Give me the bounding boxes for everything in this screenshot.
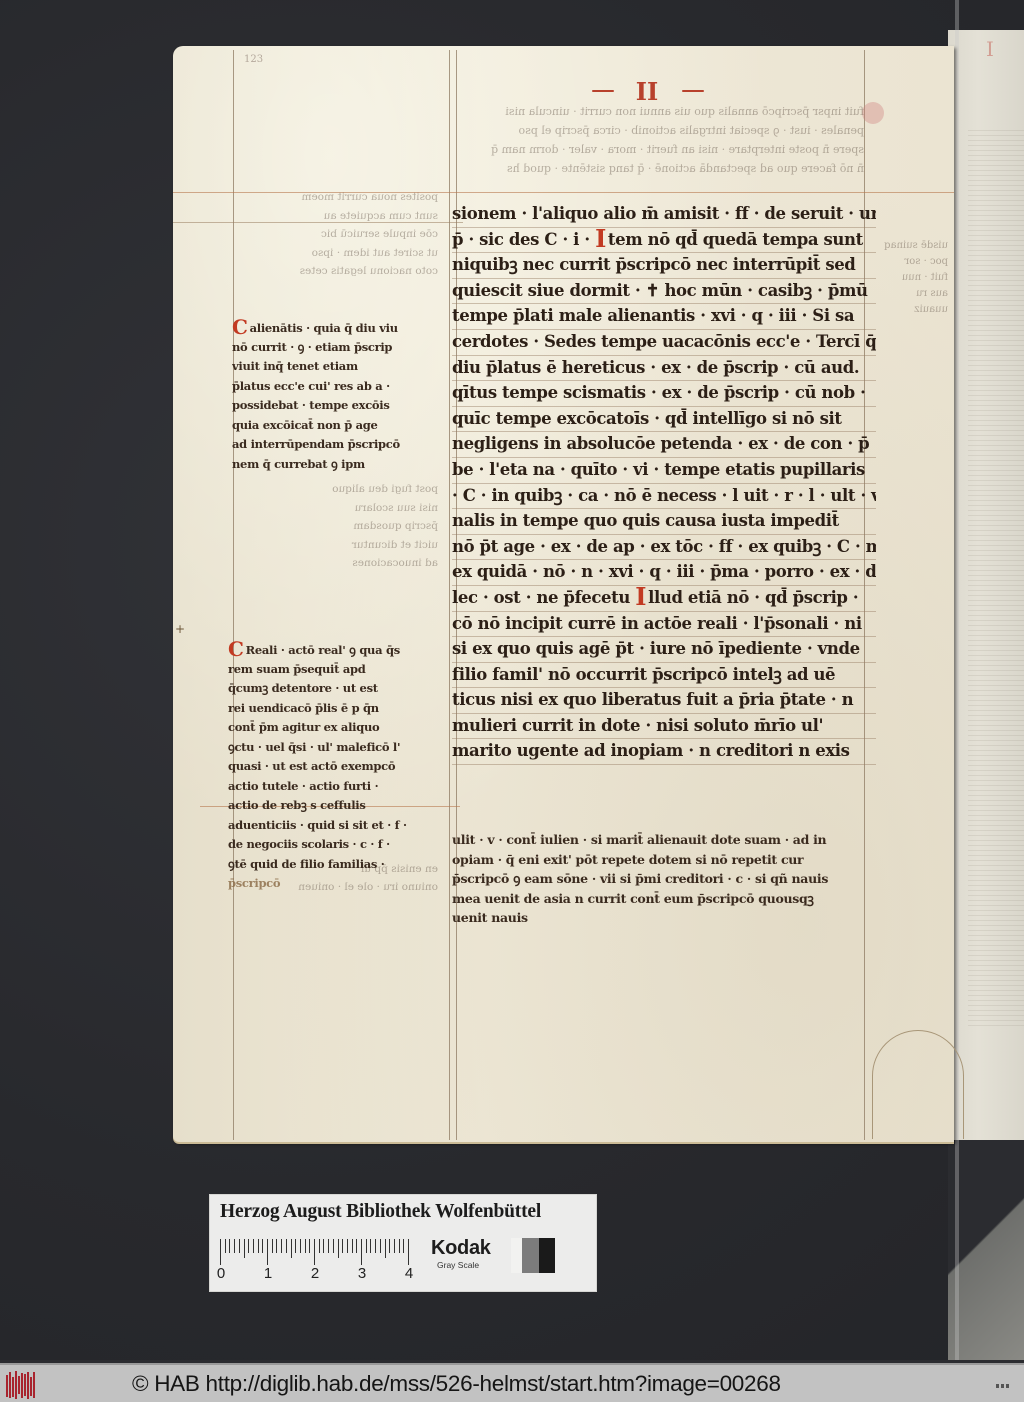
kodak-gray-scale-label: Gray Scale xyxy=(437,1260,479,1270)
ruler-mid-tick xyxy=(291,1239,292,1258)
main-text-segment: tem nō qd̄ quedā tempa sunt xyxy=(608,230,863,249)
glass-plate-edge xyxy=(955,0,959,1360)
copyright-url-link[interactable]: © HAB http://diglib.hab.de/mss/526-helms… xyxy=(132,1371,781,1397)
ruler-tick xyxy=(229,1239,230,1253)
ruler-mid-tick xyxy=(385,1239,386,1258)
gloss-line: rei uendicacō p̄lis ē p q̄n xyxy=(228,699,428,719)
nav-dot xyxy=(1001,1384,1004,1388)
ruler-tick xyxy=(225,1239,226,1253)
ruler-tick xyxy=(319,1239,320,1253)
main-text-line: mulieri currit in dote · nisi soluto m̄r… xyxy=(452,714,876,740)
main-text-line: ex quidā · nō · n · xvi · q · iii · p̄ma… xyxy=(452,560,876,586)
main-text-line: cerdotes · Sedes tempe uacacōnis ecc'e ·… xyxy=(452,330,876,356)
gray-patch-black xyxy=(539,1238,555,1273)
left-gloss-1: Calienātis · quia q̄ diu viu nō currit ·… xyxy=(232,318,432,474)
gloss-line: cont̄ p̄m agitur ex aliquo xyxy=(228,718,428,738)
ruler-major-tick xyxy=(220,1239,221,1265)
ruler-tick xyxy=(352,1239,353,1253)
ruler-tick xyxy=(356,1239,357,1253)
ruler-tick xyxy=(370,1239,371,1253)
page-navigation-icon[interactable] xyxy=(996,1384,1009,1388)
gloss-line: rem suam p̄sequit̄ apd xyxy=(228,660,428,680)
ruler-tick xyxy=(248,1239,249,1253)
gloss-line: ad interrūpendam p̄scripcō xyxy=(232,435,432,455)
ruler-tick xyxy=(380,1239,381,1253)
main-text-line: marito ugente ad inopiam · n creditori n… xyxy=(452,739,876,765)
ruler-label: 1 xyxy=(264,1265,272,1282)
main-text-line: diu p̄latus ē hereticus · ex · de p̄scri… xyxy=(452,356,876,382)
gloss-line: quasi · ut est actō exempcō xyxy=(228,757,428,777)
ruler-tick xyxy=(389,1239,390,1253)
gloss-line: CReali · actō real' ꝯ qua q̄s xyxy=(228,640,428,660)
gloss-line: actio de rebꝫ s ceffulis xyxy=(228,796,428,816)
facing-leaf-rubric-mark: I xyxy=(986,38,994,60)
ruler-label: 0 xyxy=(217,1265,225,1282)
gloss-line: Calienātis · quia q̄ diu viu xyxy=(232,318,432,338)
ruler-tick xyxy=(305,1239,306,1253)
ruler-label: 2 xyxy=(311,1265,319,1282)
library-name: Herzog August Bibliothek Wolfenbüttel xyxy=(220,1201,590,1223)
ruler-tick xyxy=(295,1239,296,1253)
ruler-tick xyxy=(399,1239,400,1253)
main-text-line: quīc tempe excōcatoīs · qd̄ intellīgo si… xyxy=(452,407,876,433)
main-text-line: qītus tempe scismatis · ex · de p̄scrip … xyxy=(452,381,876,407)
ruler-tick xyxy=(281,1239,282,1253)
ruler-tick xyxy=(262,1239,263,1253)
gloss-text: Reali · actō real' ꝯ qua q̄s xyxy=(246,643,400,657)
main-text-segment: llud etiā nō · qd̄ p̄scrip · xyxy=(648,588,858,607)
main-text-line: sionem · l'aliquo alio m̄ amisit · ff · … xyxy=(452,202,876,228)
running-head-flourish-right xyxy=(682,90,704,92)
running-head: II xyxy=(612,80,682,104)
folio-number-faded: 123 xyxy=(244,54,263,65)
gray-patch-mid xyxy=(522,1238,538,1273)
nav-dot xyxy=(996,1384,999,1388)
show-through-text-right: uisdē suinaq poc · sor fuit · nuu aus ru… xyxy=(878,238,948,318)
rubric-initial: I xyxy=(595,229,606,249)
main-text-line: tempe p̄lati male alienantis · xvi · q ·… xyxy=(452,304,876,330)
main-text-line: p̄ · sic des C · i · Item nō qd̄ quedā t… xyxy=(452,228,876,254)
main-text-line: be · l'eta na · quīto · vi · tempe etati… xyxy=(452,458,876,484)
margin-cross-mark: + xyxy=(175,622,185,636)
facing-leaf-shadow xyxy=(948,1140,1024,1360)
rubric-initial: C xyxy=(232,318,248,336)
ruler-tick xyxy=(375,1239,376,1253)
gloss-line: p̄scripcō ꝯ eam sōne · vii si p̄mi credi… xyxy=(452,869,876,889)
ruler-major-tick xyxy=(267,1239,268,1265)
gloss-line: uenit nauis xyxy=(452,908,876,928)
ruler-tick xyxy=(328,1239,329,1253)
show-through-text-left-2: post fugi deu aliquo nisi suu scolaru p̄… xyxy=(238,480,438,573)
main-text-line: niquibꝫ nec currit p̄scripcō nec interrū… xyxy=(452,253,876,279)
gloss-line: opiam · q̄ eni exit' pōt repete dotem si… xyxy=(452,850,876,870)
gloss-line: ulit · v · cont̄ iulien · si marit̄ alie… xyxy=(452,830,876,850)
parchment-repair-cutout xyxy=(872,1030,964,1139)
gloss-line: viuit inq̄ tenet etiam xyxy=(232,357,432,377)
running-head-flourish-left xyxy=(592,90,614,92)
main-text-line: nalis in tempe quo quis causa iusta impe… xyxy=(452,509,876,535)
scan-area: I 123 II fuit inpsr p̄scripcō annalis qu… xyxy=(0,0,1024,1360)
ruler-tick xyxy=(366,1239,367,1253)
ruler-tick xyxy=(258,1239,259,1253)
hab-logo-icon[interactable] xyxy=(6,1371,46,1399)
ruler-tick xyxy=(253,1239,254,1253)
ruler-tick xyxy=(300,1239,301,1253)
footer-bar: © HAB http://diglib.hab.de/mss/526-helms… xyxy=(0,1363,1024,1402)
rubric-initial: C xyxy=(228,640,244,658)
main-text-segment: lec · ost · ne p̄fecetu xyxy=(452,588,635,607)
ruler-label: 4 xyxy=(405,1265,413,1282)
ruler-tick xyxy=(394,1239,395,1253)
facing-leaf xyxy=(948,30,1024,1140)
main-text-line: filio famil' nō occurrit p̄scripcō intel… xyxy=(452,663,876,689)
left-gloss-2: CReali · actō real' ꝯ qua q̄s rem suam p… xyxy=(228,640,428,894)
red-stain xyxy=(862,102,884,124)
gloss-line: ꝯtē quid de filio familias · xyxy=(228,855,428,875)
main-text-line: quiescit siue dormit · ✝ hoc mūn · casib… xyxy=(452,279,876,305)
gloss-line: p̄latus ecc'e cui' res ab a · xyxy=(232,377,432,397)
main-text-line: negligens in absolucōe petenda · ex · de… xyxy=(452,432,876,458)
gloss-line: nem q̄ currebat ꝯ ipm xyxy=(232,455,432,475)
gloss-line-faded: p̄scripcō xyxy=(228,874,428,894)
gloss-line: de negociis scolaris · c · f · xyxy=(228,835,428,855)
gloss-line: q̄cumꝫ detentore · ut est xyxy=(228,679,428,699)
gloss-line: nō currit · ꝯ · etiam p̄scrip xyxy=(232,338,432,358)
ruler-mid-tick xyxy=(244,1239,245,1258)
gloss-line: actio tutele · actio furti · xyxy=(228,777,428,797)
ruler-tick xyxy=(309,1239,310,1253)
cm-ruler: 0 1 2 3 4 xyxy=(220,1239,425,1287)
gloss-text: alienātis · quia q̄ diu viu xyxy=(250,321,398,335)
main-text-line: cō nō incipit currē in actōe reali · l'p… xyxy=(452,612,876,638)
ruler-tick xyxy=(347,1239,348,1253)
gloss-line: quia excōicat̄ non p̄ age xyxy=(232,416,432,436)
ruling-left-outer xyxy=(233,50,234,1140)
ruling-left-inner xyxy=(449,50,450,1140)
ruler-tick xyxy=(272,1239,273,1253)
ruler-tick xyxy=(276,1239,277,1253)
ruler-tick xyxy=(234,1239,235,1253)
gray-patch-white xyxy=(511,1238,522,1273)
bottom-gloss: ulit · v · cont̄ iulien · si marit̄ alie… xyxy=(452,830,876,928)
main-text-segment: p̄ · sic des C · i · xyxy=(452,230,595,249)
ruler-mid-tick xyxy=(338,1239,339,1258)
ruler-major-tick xyxy=(314,1239,315,1265)
ruler-tick xyxy=(286,1239,287,1253)
gloss-line: possidebat · tempe excōis xyxy=(232,396,432,416)
ruler-tick xyxy=(342,1239,343,1253)
nav-dot xyxy=(1006,1384,1009,1388)
gray-scale-patches xyxy=(511,1238,555,1273)
main-text-line: nō p̄t age · ex · de ap · ex tōc · ff · … xyxy=(452,535,876,561)
gloss-line: aduenticiis · quid si sit et · f · xyxy=(228,816,428,836)
facing-leaf-text-traces xyxy=(968,130,1024,1030)
main-text-line: · C · in quibꝫ · ca · nō ē necess · l ui… xyxy=(452,484,876,510)
ruler-tick xyxy=(239,1239,240,1253)
show-through-text-left: posites noua currit moem sunt cum acquie… xyxy=(238,188,438,281)
main-text-line: ticus nisi ex quo liberatus fuit a p̄ria… xyxy=(452,688,876,714)
main-text-line: lec · ost · ne p̄fecetu Illud etiā nō · … xyxy=(452,586,876,612)
kodak-logo: Kodak xyxy=(431,1237,491,1260)
show-through-text-top: fuit inpsr p̄scripcō annalis quo uis ann… xyxy=(454,102,864,178)
ruler-major-tick xyxy=(408,1239,409,1265)
ruler-tick xyxy=(323,1239,324,1253)
main-text-column: sionem · l'aliquo alio m̄ amisit · ff · … xyxy=(452,202,876,765)
ruler-major-tick xyxy=(361,1239,362,1265)
rubric-initial: I xyxy=(635,587,646,607)
ruler-tick xyxy=(333,1239,334,1253)
gloss-line: mea uenit de asia n currit cont̄ eum p̄s… xyxy=(452,889,876,909)
gloss-line: ꝯctu · uel q̄si · ul' maleficō l' xyxy=(228,738,428,758)
ruler-tick xyxy=(403,1239,404,1253)
ruler-label: 3 xyxy=(358,1265,366,1282)
main-text-line: si ex quo quis agē p̄t · iure nō īpedien… xyxy=(452,637,876,663)
